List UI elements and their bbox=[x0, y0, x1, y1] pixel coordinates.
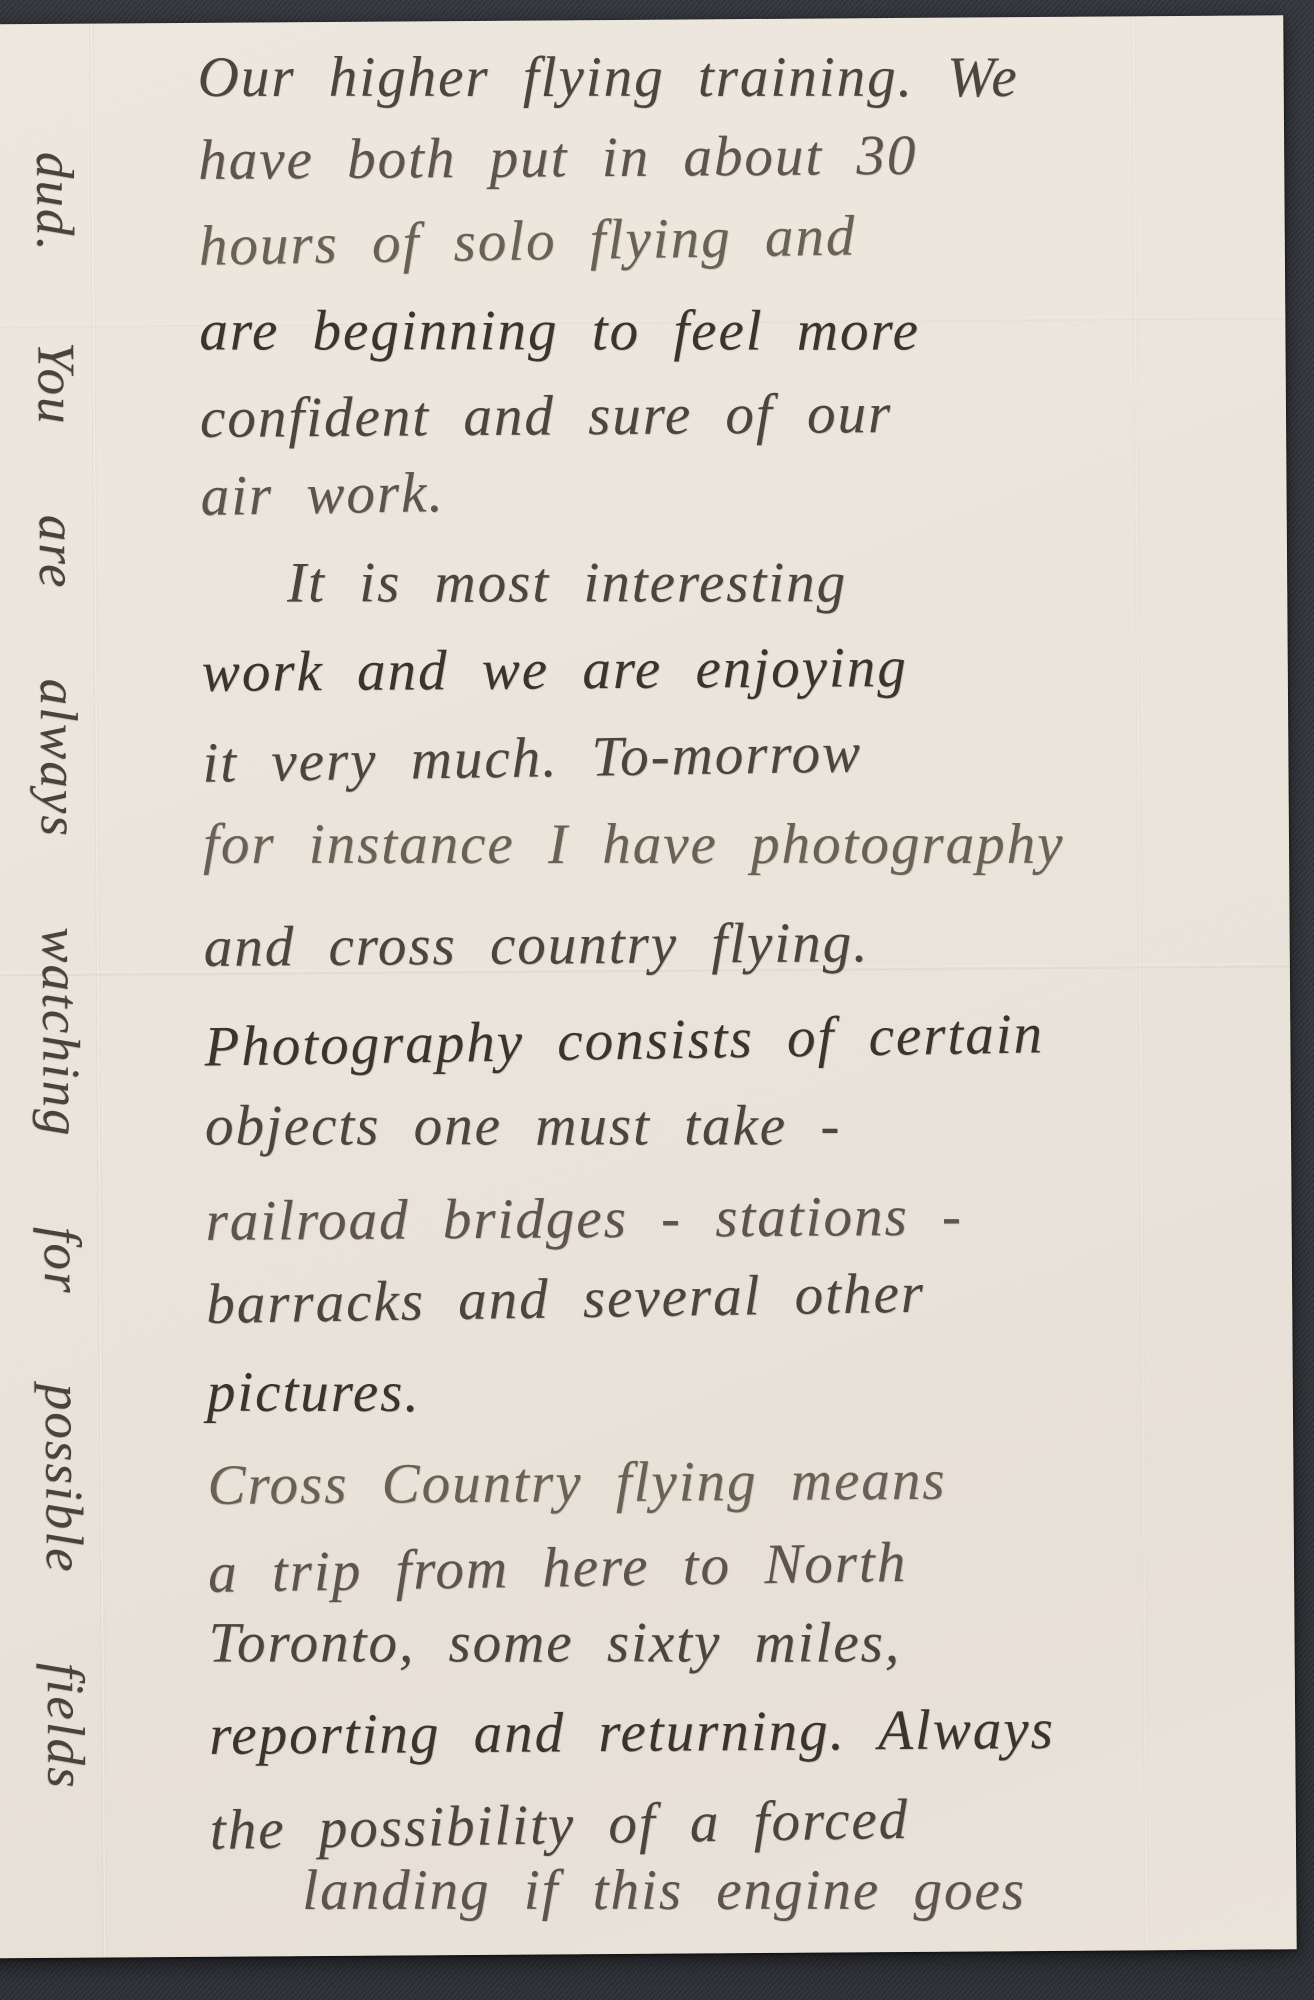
handwritten-line: Cross Country flying means bbox=[207, 1448, 946, 1519]
handwritten-line: objects one must take - bbox=[205, 1094, 841, 1160]
handwritten-line: Toronto, some sixty miles, bbox=[209, 1610, 902, 1676]
handwritten-line: air work. bbox=[200, 460, 445, 530]
handwritten-line: Our higher flying training. We bbox=[198, 45, 1019, 111]
handwritten-line: confident and sure of our bbox=[200, 381, 893, 452]
handwritten-line: it very much. To-morrow bbox=[202, 720, 863, 796]
handwritten-line: and cross country flying. bbox=[203, 910, 869, 981]
handwritten-line: Photography consists of certain bbox=[204, 1001, 1045, 1080]
scan-background: Our higher flying training. We have both… bbox=[0, 0, 1314, 2000]
handwritten-line: pictures. bbox=[207, 1360, 421, 1426]
handwritten-line: landing if this engine goes bbox=[210, 1858, 1026, 1924]
handwritten-line: It is most interesting bbox=[201, 551, 847, 617]
handwritten-line: reporting and returning. Always bbox=[209, 1697, 1055, 1769]
handwritten-line: a trip from here to North bbox=[208, 1530, 908, 1607]
handwritten-line: railroad bridges - stations - bbox=[205, 1184, 963, 1255]
handwritten-line: for instance I have photography bbox=[203, 812, 1064, 878]
handwritten-line: work and we are enjoying bbox=[202, 635, 908, 706]
letter-page: Our higher flying training. We have both… bbox=[0, 15, 1297, 1958]
handwritten-text-block: Our higher flying training. We have both… bbox=[0, 15, 1297, 1958]
handwritten-line: hours of solo flying and bbox=[198, 203, 856, 279]
handwritten-line: barracks and several other bbox=[206, 1261, 926, 1338]
handwritten-line: have both put in about 30 bbox=[198, 123, 918, 194]
margin-note: dud. You are always watching for possibl… bbox=[24, 152, 96, 1882]
handwritten-line: the possibility of a forced bbox=[209, 1787, 909, 1864]
handwritten-line: are beginning to feel more bbox=[199, 298, 919, 364]
